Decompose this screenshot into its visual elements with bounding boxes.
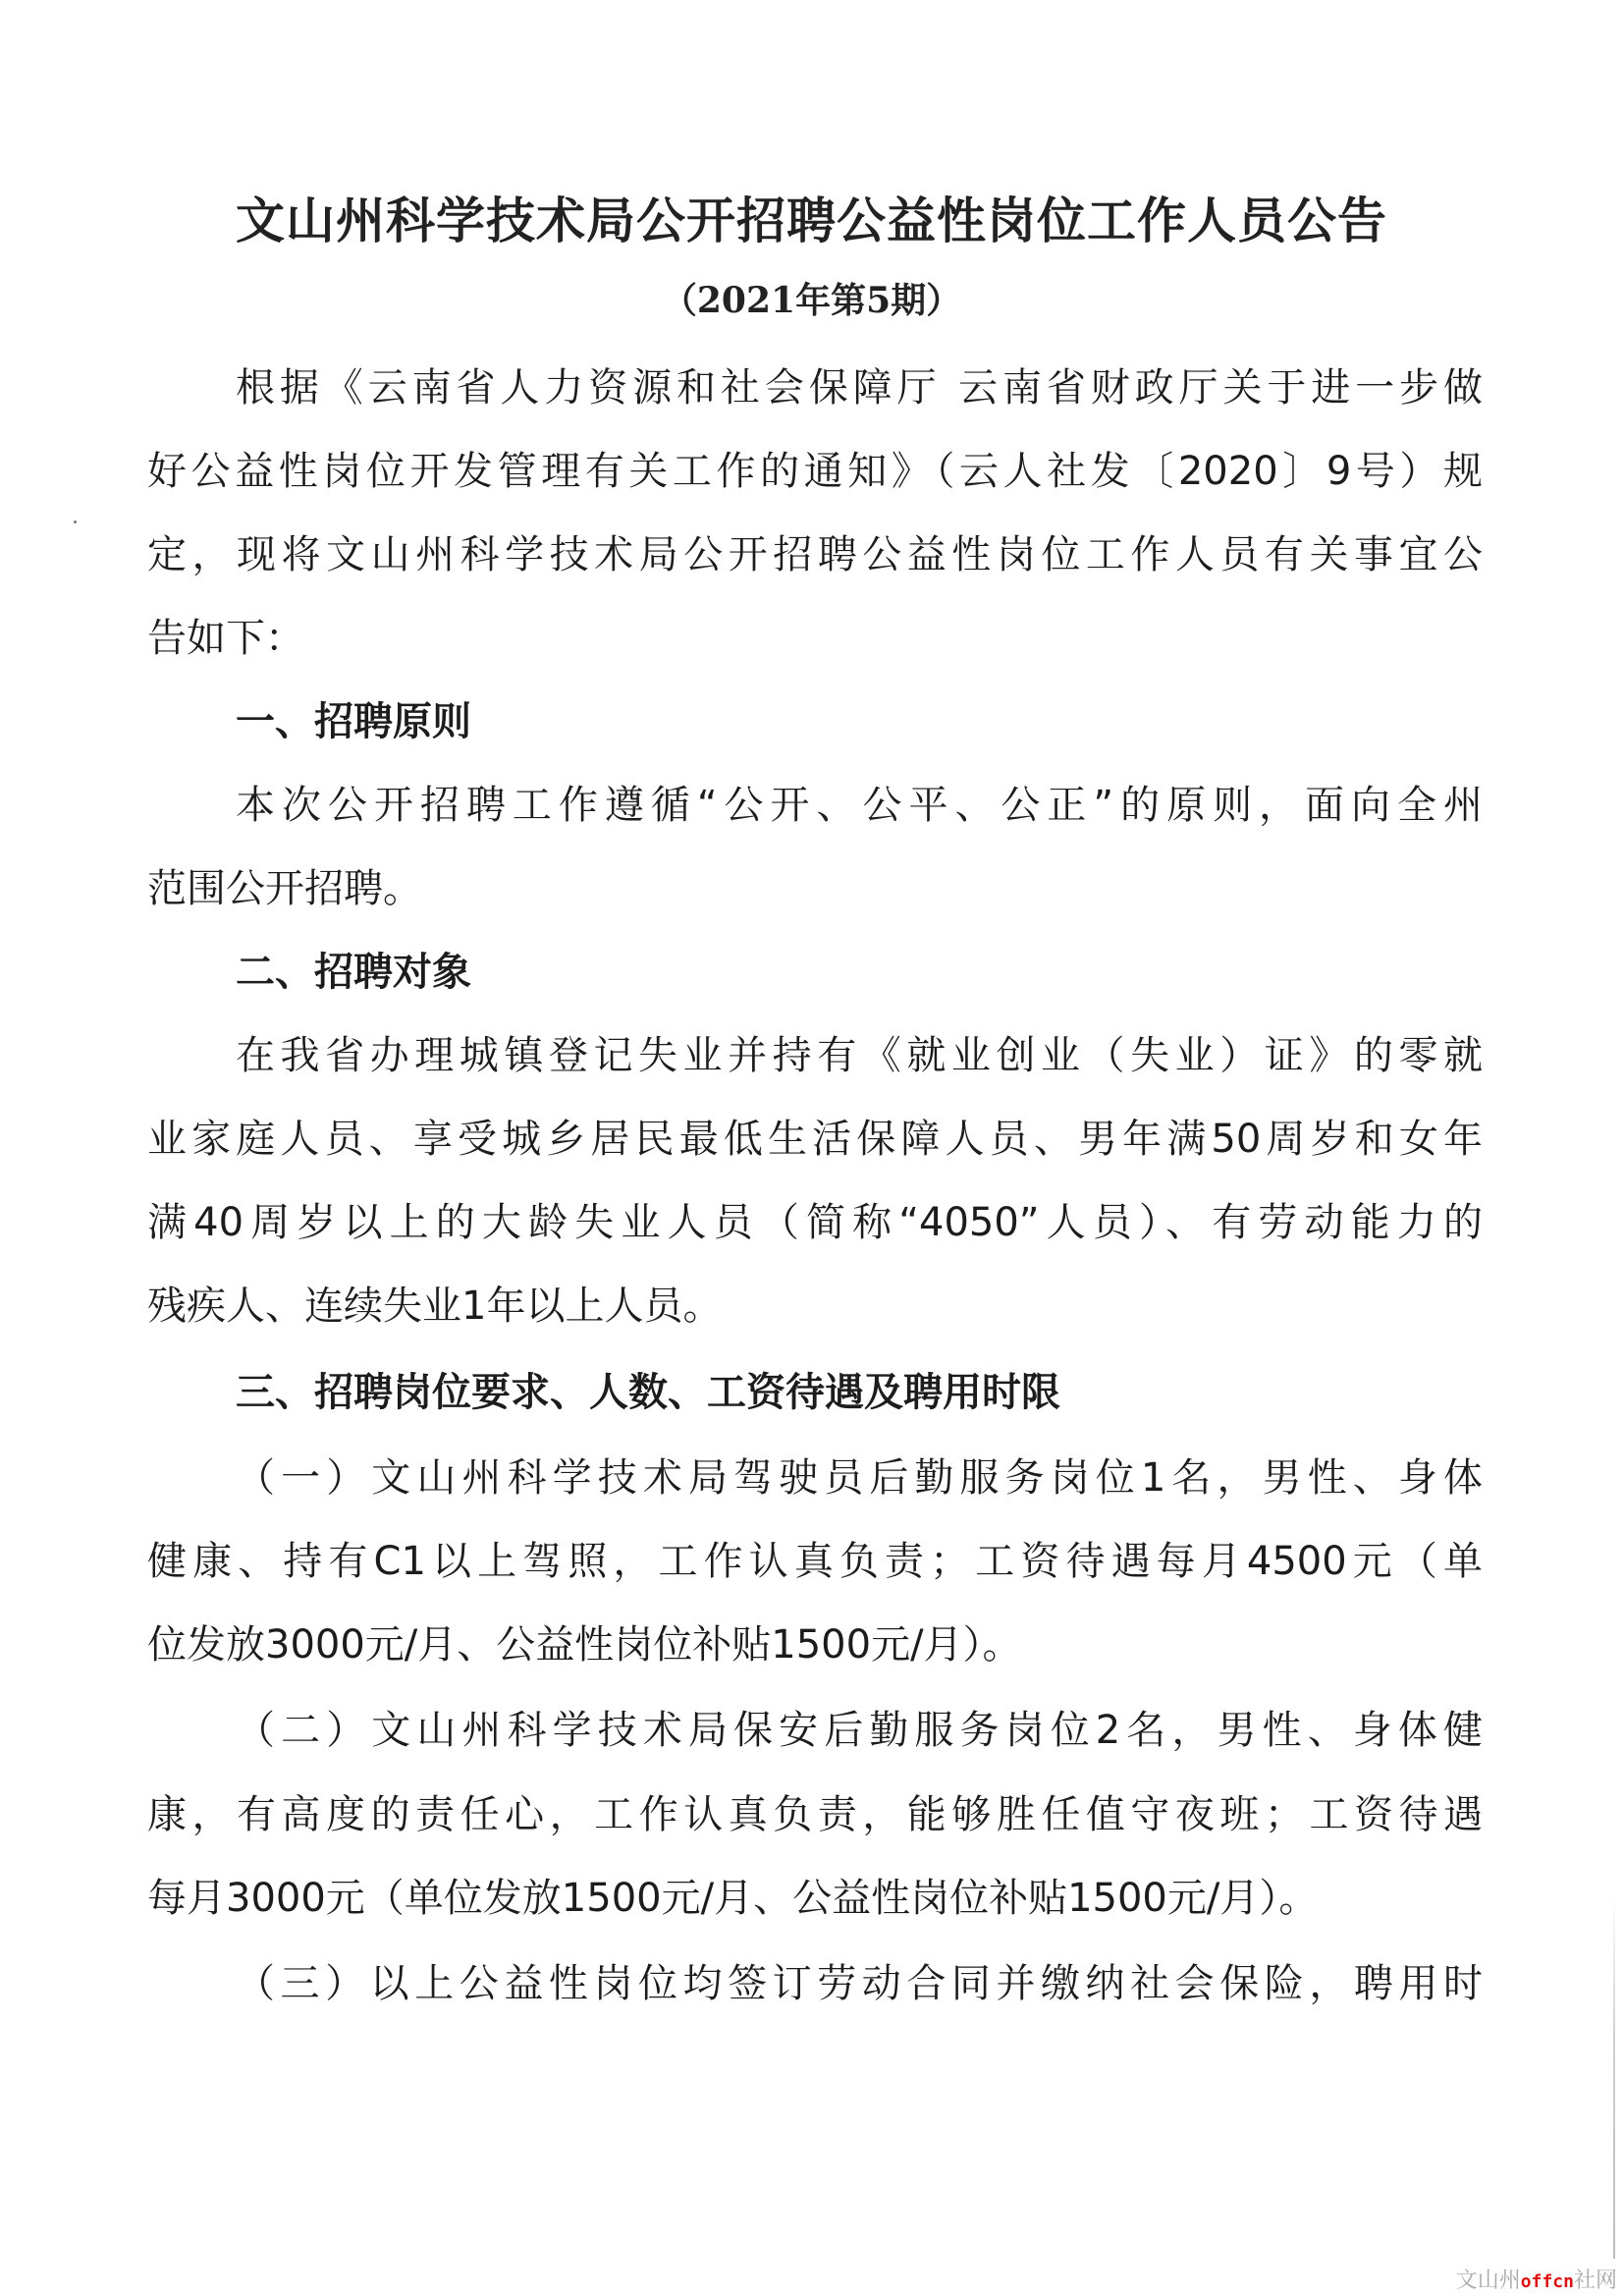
paragraph-line: 在我省办理城镇登记失业并持有《就业创业（失业）证》的零就 [236,1026,1483,1085]
document-page: 文山州科学技术局公开招聘公益性岗位工作人员公告 （2021年第5期） 根据《云南… [0,0,1623,2296]
section-heading-targets: 二、招聘对象 [236,943,471,1002]
paragraph-line: 范围公开招聘。 [147,859,1483,918]
paragraph-line: 康，有高度的责任心，工作认真负责，能够胜任值守夜班；工资待遇 [147,1785,1483,1844]
watermark-brand: offcn [1521,2271,1574,2292]
paragraph-line: 业家庭人员、享受城乡居民最低生活保障人员、男年满50周岁和女年 [147,1110,1483,1169]
paragraph-line: 本次公开招聘工作遵循“公开、公平、公正”的原则，面向全州 [236,776,1483,835]
document-subtitle: （2021年第5期） [0,273,1623,323]
scan-speck [74,520,77,523]
site-watermark: 文山州offcn社网 [1456,2269,1617,2295]
intro-line: 根据《云南省人力资源和社会保障厅 云南省财政厅关于进一步做 [236,358,1483,417]
paragraph-line: （一）文山州科学技术局驾驶员后勤服务岗位1名，男性、身体 [236,1449,1483,1507]
paragraph-line: （三）以上公益性岗位均签订劳动合同并缴纳社会保险，聘用时 [236,1954,1483,2013]
paragraph-line: 残疾人、连续失业1年以上人员。 [147,1277,1483,1336]
section-heading-positions: 三、招聘岗位要求、人数、工资待遇及聘用时限 [236,1363,1060,1422]
intro-line: 定，现将文山州科学技术局公开招聘公益性岗位工作人员有关事宜公 [147,525,1483,584]
paragraph-line: 满40周岁以上的大龄失业人员（简称“4050”人员）、有劳动能力的 [147,1193,1483,1252]
scan-edge-line [1613,1895,1615,2259]
paragraph-line: 健康、持有C1以上驾照，工作认真负责；工资待遇每月4500元（单 [147,1532,1483,1591]
document-title: 文山州科学技术局公开招聘公益性岗位工作人员公告 [0,182,1623,252]
intro-line: 告如下： [147,609,1483,668]
watermark-prefix: 文山州 [1456,2269,1521,2293]
paragraph-line: （二）文山州科学技术局保安后勤服务岗位2名，男性、身体健 [236,1701,1483,1760]
section-heading-principles: 一、招聘原则 [236,692,471,751]
watermark-suffix: 社网 [1574,2269,1617,2293]
intro-line: 好公益性岗位开发管理有关工作的通知》（云人社发〔2020〕9号）规 [147,442,1483,501]
paragraph-line: 位发放3000元/月、公益性岗位补贴1500元/月）。 [147,1615,1483,1674]
paragraph-line: 每月3000元（单位发放1500元/月、公益性岗位补贴1500元/月）。 [147,1869,1483,1928]
